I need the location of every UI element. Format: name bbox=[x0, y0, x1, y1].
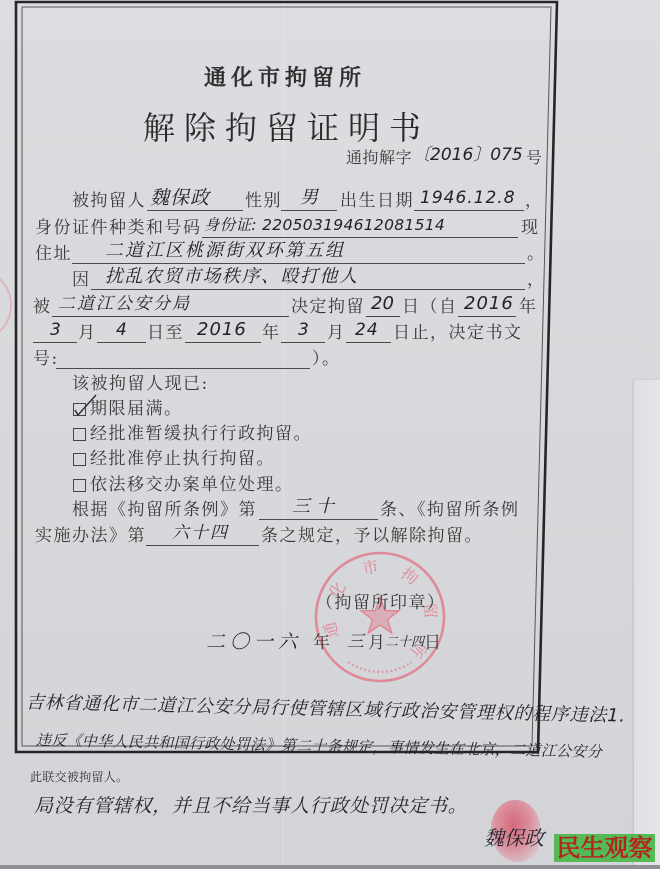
by-label: 被 bbox=[33, 295, 52, 319]
issue-date-day-label: 日 bbox=[424, 631, 443, 655]
doc-no-field-line bbox=[56, 347, 310, 369]
detainee-dob: 1946.12.8 bbox=[420, 186, 516, 210]
basis-text-3: 实施办法》第 bbox=[35, 524, 146, 548]
detention-days: 20 bbox=[371, 292, 394, 316]
address-label: 住址 bbox=[35, 242, 72, 266]
days-label: 决定拘留 bbox=[291, 295, 365, 319]
from-year: 2016 bbox=[464, 292, 514, 316]
signature: 魏保政 bbox=[484, 822, 544, 851]
issuer-name: 通化市拘留所 bbox=[204, 63, 366, 93]
basis-text-1: 根据《拘留所条例》第 bbox=[72, 498, 257, 522]
deciding-authority: 二道江公安分局 bbox=[58, 292, 191, 316]
bleed-through-seal-mark bbox=[0, 268, 12, 342]
basis-text-4: 条之规定，予以解除拘留。 bbox=[261, 524, 483, 548]
status-option-stopped: 经批准停止执行拘留。 bbox=[90, 447, 275, 471]
name-label: 被拘留人 bbox=[72, 189, 146, 213]
issue-date-month: 三 bbox=[347, 630, 364, 654]
seal-caption: （拘留所印章） bbox=[316, 591, 446, 615]
dob-end-punct: ， bbox=[525, 189, 544, 213]
checkbox-icon bbox=[73, 453, 86, 466]
id-end-text: 现 bbox=[521, 216, 540, 240]
address-end-punct: 。 bbox=[527, 242, 546, 266]
photo-bottom-edge bbox=[0, 865, 660, 869]
issue-date-day: 二十四 bbox=[385, 631, 424, 655]
to-end-text: 日止，决定书文 bbox=[393, 321, 523, 345]
to-label: 日至 bbox=[147, 321, 184, 345]
status-option-transferred: 依法移交办案单位处理。 bbox=[90, 473, 294, 497]
month-label: 月 bbox=[78, 321, 97, 345]
status-option-term-expired: 期限届满。 bbox=[90, 397, 183, 421]
doc-no-label: 号: bbox=[33, 347, 59, 371]
checkbox-icon bbox=[73, 428, 86, 441]
from-label: 日（自 bbox=[402, 295, 458, 319]
checkbox-icon bbox=[73, 479, 86, 492]
detention-reason: 扰乱农贸市场秩序、殴打他人 bbox=[105, 265, 359, 289]
underlying-paper-edge bbox=[634, 380, 660, 869]
reason-label: 因 bbox=[72, 268, 91, 292]
handwritten-note-line-3: 局没有管辖权，并且不给当事人行政处罚决定书。 bbox=[34, 793, 467, 819]
document-photo: 通化市拘留所 解除拘留证明书 通拘解字 〔2016〕075 号 被拘留人 魏保政… bbox=[0, 0, 660, 869]
from-day: 4 bbox=[116, 318, 127, 342]
status-option-suspended: 经批准暂缓执行行政拘留。 bbox=[90, 422, 312, 446]
detainee-id: 身份证: 220503194612081514 bbox=[204, 213, 445, 237]
year-label: 年 bbox=[262, 321, 281, 345]
watermark-badge: 民生观察 bbox=[554, 834, 655, 862]
checkbox-checked-icon bbox=[73, 403, 86, 416]
sex-label: 性别 bbox=[245, 189, 282, 213]
issue-date-year-label: 年 bbox=[313, 631, 332, 655]
copy-note: 此联交被拘留人。 bbox=[30, 769, 128, 785]
dob-label: 出生日期 bbox=[340, 189, 414, 213]
handwritten-note-line-1: 吉林省通化市二道江公安分局行使管辖区域行政治安管理权的程序违法1. bbox=[26, 691, 626, 729]
from-month: 3 bbox=[50, 318, 61, 342]
doc-number-prefix: 通拘解字 bbox=[346, 146, 412, 170]
basis-text-2: 条、《拘留所条例 bbox=[380, 498, 520, 522]
handwritten-note-line-2: 违反《中华人民共和国行政处罚法》第二十条规定，事情发生在北京，二道江公安分 bbox=[36, 729, 602, 763]
to-month: 3 bbox=[298, 318, 309, 342]
month-label: 月 bbox=[327, 321, 346, 345]
to-day: 24 bbox=[355, 318, 379, 342]
id-label: 身份证件种类和号码 bbox=[35, 216, 202, 240]
article1-value: 三十 bbox=[292, 495, 340, 519]
doc-number-value: 〔2016〕075 bbox=[413, 143, 523, 167]
detainee-sex: 男 bbox=[300, 186, 318, 210]
doc-no-end: ）。 bbox=[312, 347, 341, 371]
article2-value: 六十四 bbox=[172, 521, 229, 545]
detainee-name: 魏保政 bbox=[150, 186, 210, 210]
reason-end-punct: ， bbox=[527, 268, 546, 292]
to-year: 2016 bbox=[197, 318, 247, 342]
document-title: 解除拘留证明书 bbox=[143, 106, 430, 150]
year-label: 年 bbox=[519, 295, 538, 319]
official-seal: 通化市拘留所 bbox=[310, 549, 450, 689]
doc-number-suffix: 号 bbox=[526, 146, 544, 170]
issue-date-year: 二〇一六 bbox=[206, 630, 302, 654]
issue-date-month-label: 月 bbox=[368, 631, 387, 655]
detainee-address: 二道江区桃源街双环第五组 bbox=[105, 239, 345, 263]
